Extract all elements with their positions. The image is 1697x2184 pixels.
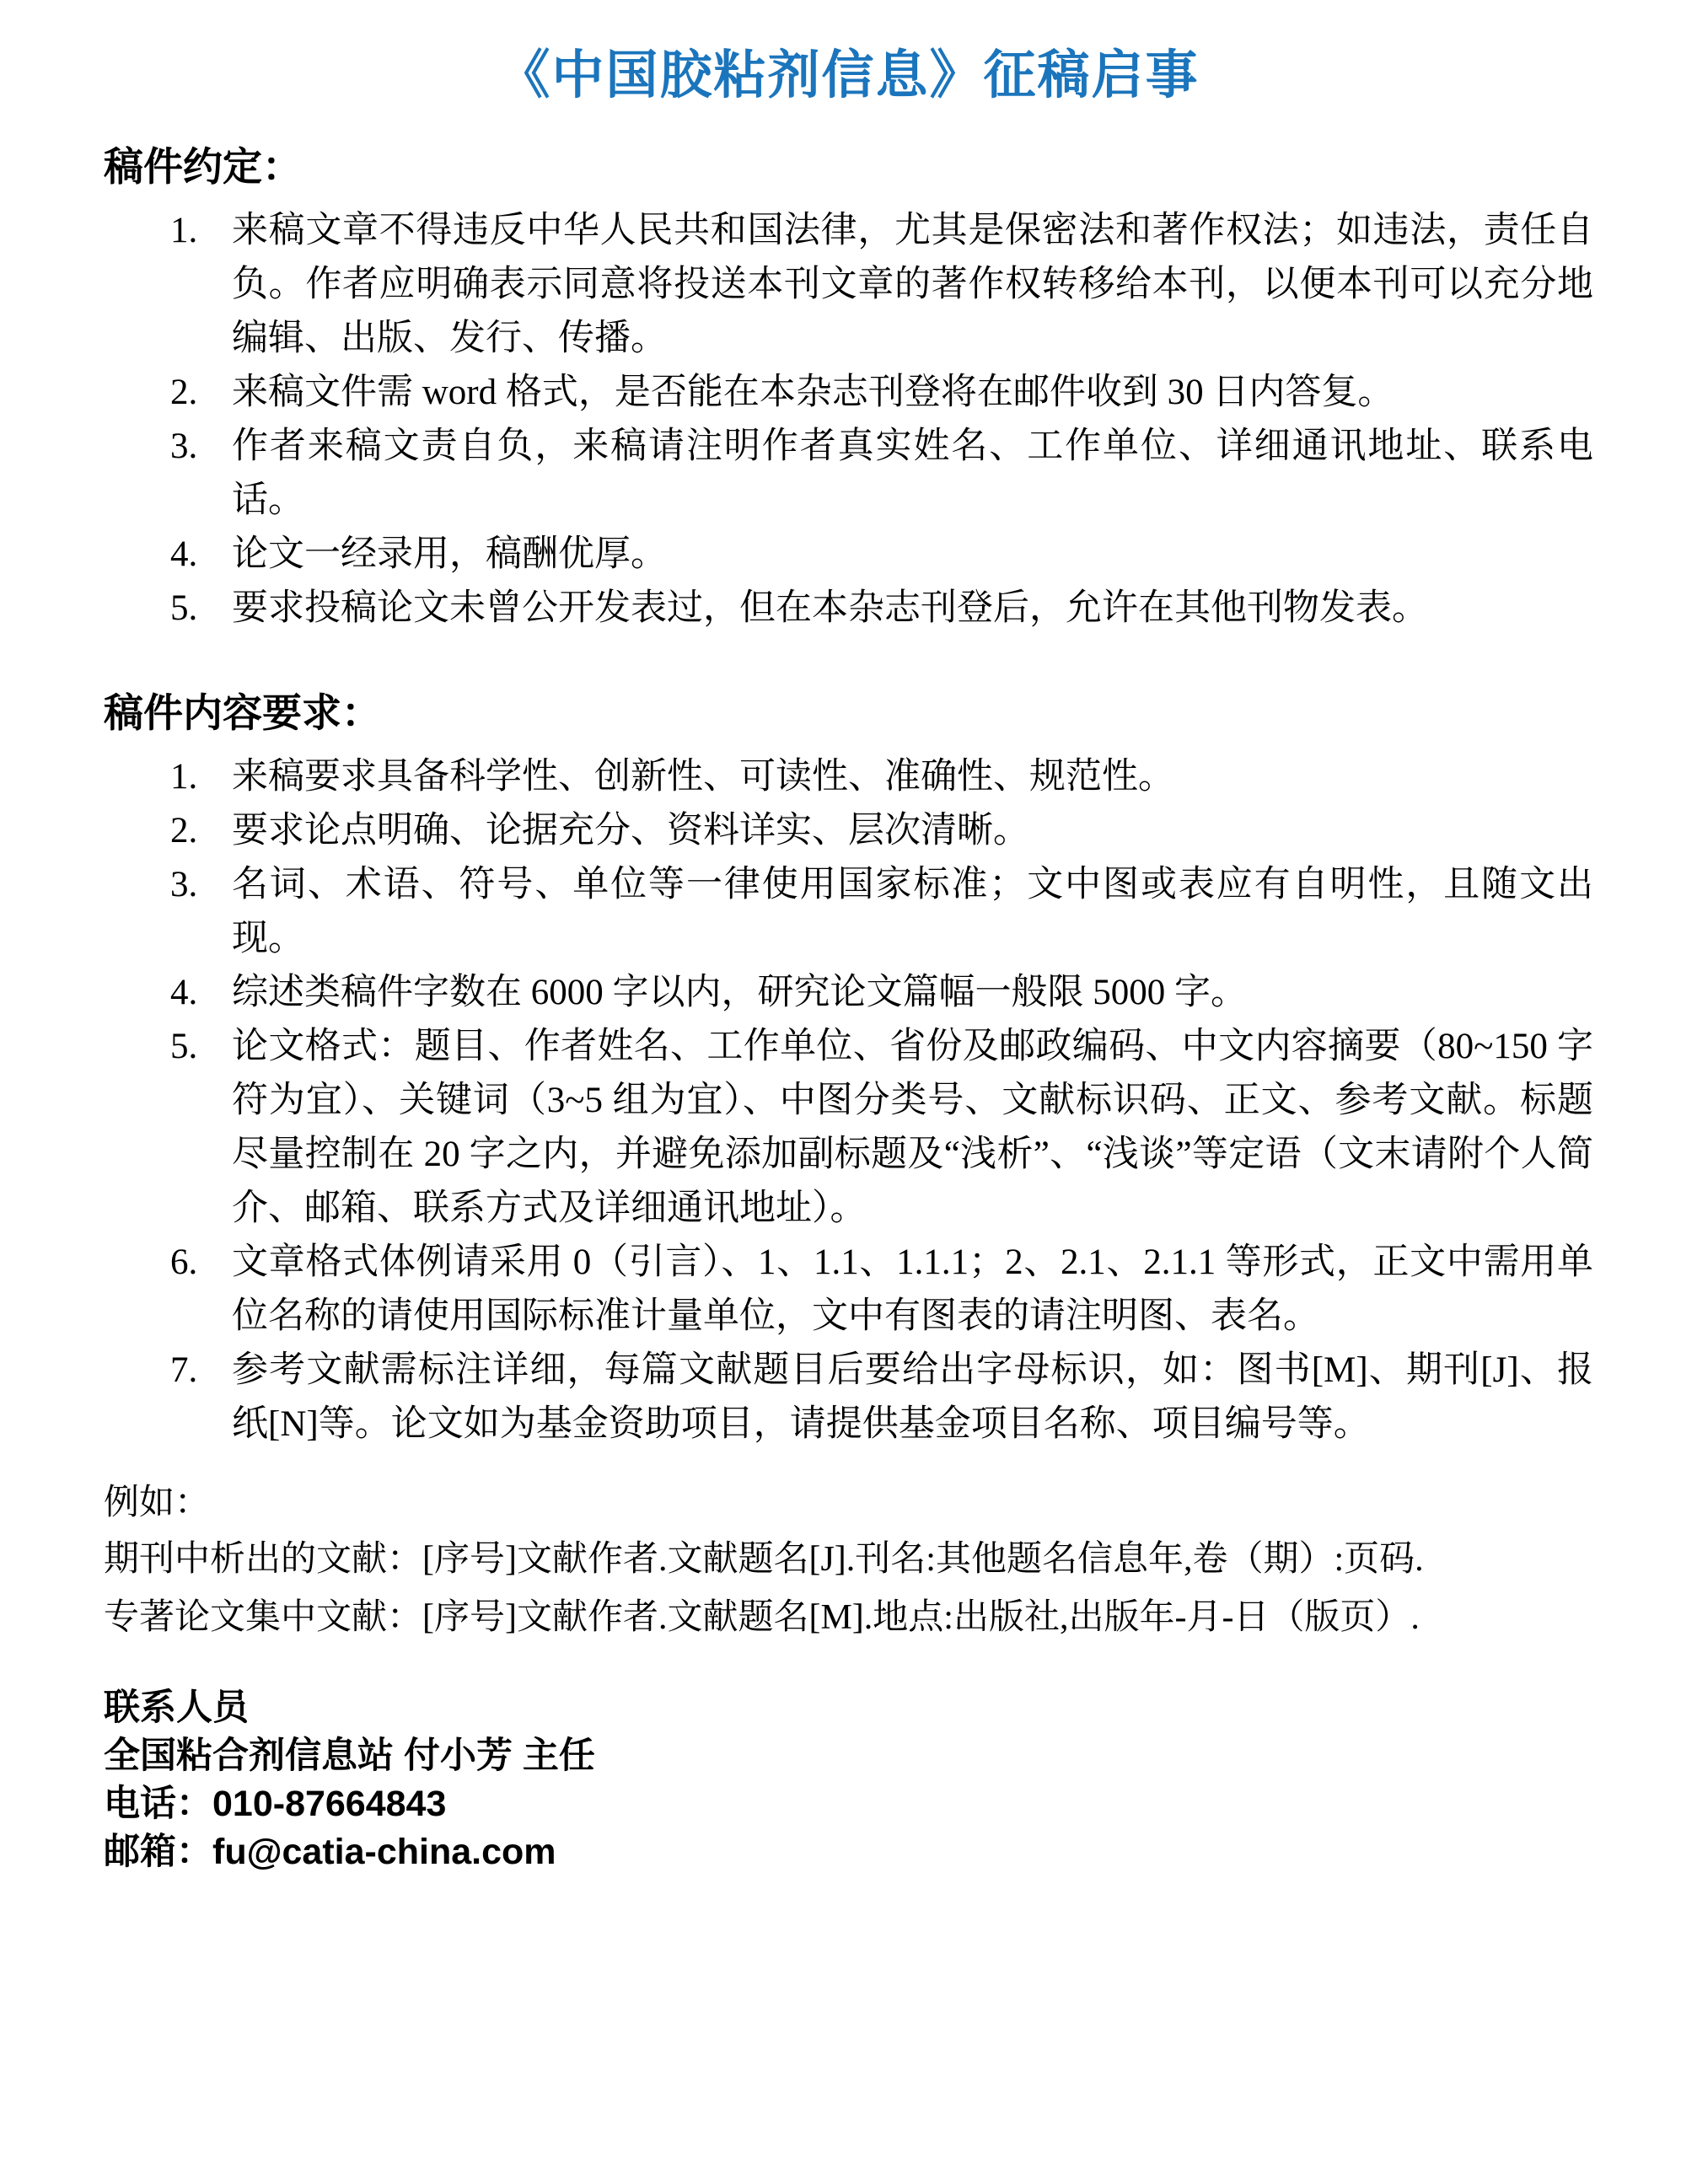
list-item: 3. 作者来稿文责自负，来稿请注明作者真实姓名、工作单位、详细通讯地址、联系电话… [104,420,1593,528]
contact-phone: 电话：010-87664843 [104,1780,1593,1828]
document-title: 《中国胶粘剂信息》征稿启事 [104,40,1593,111]
example-label: 例如： [104,1475,1593,1531]
list-item: 5. 论文格式：题目、作者姓名、工作单位、省份及邮政编码、中文内容摘要（80~1… [104,1020,1593,1236]
item-text: 来稿文章不得违反中华人民共和国法律，尤其是保密法和著作权法；如违法，责任自负。作… [232,204,1593,366]
item-text: 论文格式：题目、作者姓名、工作单位、省份及邮政编码、中文内容摘要（80~150 … [232,1020,1593,1236]
item-number: 7. [170,1344,232,1398]
item-text: 来稿要求具备科学性、创新性、可读性、准确性、规范性。 [232,750,1593,804]
content-requirements-list: 1. 来稿要求具备科学性、创新性、可读性、准确性、规范性。 2. 要求论点明确、… [104,750,1593,1452]
item-text: 参考文献需标注详细，每篇文献题目后要给出字母标识，如：图书[M]、期刊[J]、报… [232,1344,1593,1452]
item-number: 4. [170,966,232,1020]
example-block: 例如： 期刊中析出的文献：[序号]文献作者.文献题名[J].刊名:其他题名信息年… [104,1475,1593,1647]
contact-block: 联系人员 全国粘合剂信息站 付小芳 主任 电话：010-87664843 邮箱：… [104,1684,1593,1876]
list-item: 4. 综述类稿件字数在 6000 字以内，研究论文篇幅一般限 5000 字。 [104,966,1593,1020]
contact-heading: 联系人员 [104,1684,1593,1732]
item-number: 2. [170,804,232,858]
section-heading-content-requirements: 稿件内容要求： [104,688,1593,738]
list-item: 2. 来稿文件需 word 格式，是否能在本杂志刊登将在邮件收到 30 日内答复… [104,366,1593,420]
example-journal-citation: 期刊中析出的文献：[序号]文献作者.文献题名[J].刊名:其他题名信息年,卷（期… [104,1531,1593,1589]
item-number: 5. [170,582,232,636]
item-number: 4. [170,528,232,582]
contact-person: 全国粘合剂信息站 付小芳 主任 [104,1732,1593,1780]
item-number: 5. [170,1020,232,1074]
list-item: 4. 论文一经录用，稿酬优厚。 [104,528,1593,582]
list-item: 1. 来稿文章不得违反中华人民共和国法律，尤其是保密法和著作权法；如违法，责任自… [104,204,1593,366]
item-text: 论文一经录用，稿酬优厚。 [232,528,1593,582]
list-item: 2. 要求论点明确、论据充分、资料详实、层次清晰。 [104,804,1593,858]
submission-terms-list: 1. 来稿文章不得违反中华人民共和国法律，尤其是保密法和著作权法；如违法，责任自… [104,204,1593,636]
item-number: 1. [170,750,232,804]
item-number: 2. [170,366,232,420]
list-item: 3. 名词、术语、符号、单位等一律使用国家标准；文中图或表应有自明性，且随文出现… [104,858,1593,966]
item-text: 要求投稿论文未曾公开发表过，但在本杂志刊登后，允许在其他刊物发表。 [232,582,1593,636]
document-page: 《中国胶粘剂信息》征稿启事 稿件约定： 1. 来稿文章不得违反中华人民共和国法律… [0,0,1697,2184]
section-heading-submission-terms: 稿件约定： [104,142,1593,192]
item-text: 来稿文件需 word 格式，是否能在本杂志刊登将在邮件收到 30 日内答复。 [232,366,1593,420]
item-text: 文章格式体例请采用 0（引言）、1、1.1、1.1.1；2、2.1、2.1.1 … [232,1236,1593,1344]
contact-email: 邮箱：fu@catia-china.com [104,1828,1593,1876]
item-number: 6. [170,1236,232,1290]
item-number: 3. [170,420,232,474]
list-item: 1. 来稿要求具备科学性、创新性、可读性、准确性、规范性。 [104,750,1593,804]
item-number: 1. [170,204,232,258]
item-text: 作者来稿文责自负，来稿请注明作者真实姓名、工作单位、详细通讯地址、联系电话。 [232,420,1593,528]
item-text: 综述类稿件字数在 6000 字以内，研究论文篇幅一般限 5000 字。 [232,966,1593,1020]
list-item: 7. 参考文献需标注详细，每篇文献题目后要给出字母标识，如：图书[M]、期刊[J… [104,1344,1593,1452]
item-text: 名词、术语、符号、单位等一律使用国家标准；文中图或表应有自明性，且随文出现。 [232,858,1593,966]
list-item: 6. 文章格式体例请采用 0（引言）、1、1.1、1.1.1；2、2.1、2.1… [104,1236,1593,1344]
item-text: 要求论点明确、论据充分、资料详实、层次清晰。 [232,804,1593,858]
example-monograph-citation: 专著论文集中文献：[序号]文献作者.文献题名[M].地点:出版社,出版年-月-日… [104,1589,1593,1647]
list-item: 5. 要求投稿论文未曾公开发表过，但在本杂志刊登后，允许在其他刊物发表。 [104,582,1593,636]
item-number: 3. [170,858,232,912]
